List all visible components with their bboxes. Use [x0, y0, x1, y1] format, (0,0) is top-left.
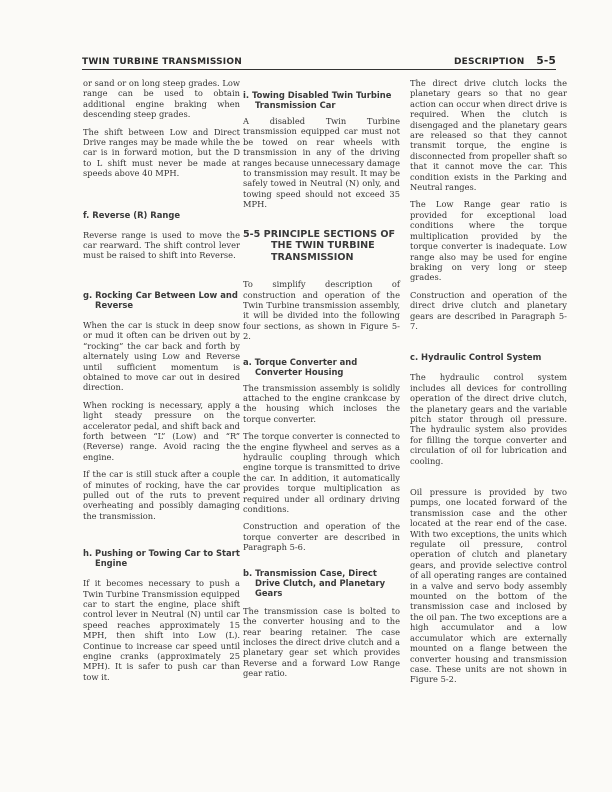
subsection-heading-f: f. Reverse (R) Range: [83, 210, 240, 220]
paragraph: or sand or on long steep grades. Low ran…: [83, 78, 240, 120]
paragraph: If it becomes necessary to push a Twin T…: [83, 578, 240, 682]
subsection-heading-b: b. Transmission Case, Direct Drive Clutc…: [243, 568, 400, 598]
subsection-heading-a: a. Torque Converter and Converter Housin…: [243, 357, 400, 377]
section-label: DESCRIPTION5-5: [454, 55, 556, 67]
paragraph: To simplify description of construction …: [243, 279, 400, 341]
subsection-heading-c: c. Hydraulic Control System: [410, 352, 567, 362]
paragraph: The hydraulic control system includes al…: [410, 372, 567, 466]
section-title: DESCRIPTION: [454, 57, 524, 67]
column-3: The direct drive clutch locks the planet…: [410, 78, 567, 692]
column-1: or sand or on long steep grades. Low ran…: [83, 78, 240, 689]
section-heading-5-5: 5-5 PRINCIPLE SECTIONS OF THE TWIN TURBI…: [243, 229, 400, 264]
running-title: TWIN TURBINE TRANSMISSION: [82, 57, 242, 67]
paragraph: The Low Range gear ratio is provided for…: [410, 199, 567, 282]
page-number: 5-5: [536, 55, 556, 67]
subsection-heading-g: g. Rocking Car Between Low and Reverse: [83, 290, 240, 310]
paragraph: Oil pressure is provided by two pumps, o…: [410, 487, 567, 685]
paragraph: If the car is still stuck after a couple…: [83, 469, 240, 521]
paragraph: A disabled Twin Turbine transmission equ…: [243, 116, 400, 210]
paragraph: Reverse range is used to move the car re…: [83, 230, 240, 261]
paragraph: When rocking is necessary, apply a light…: [83, 400, 240, 462]
page-header: TWIN TURBINE TRANSMISSION DESCRIPTION5-5: [82, 57, 556, 70]
paragraph: Construction and operation of the direct…: [410, 290, 567, 332]
paragraph: The transmission case is bolted to the c…: [243, 606, 400, 679]
column-2: i. Towing Disabled Twin Turbine Transmis…: [243, 78, 400, 686]
paragraph: The torque converter is connected to the…: [243, 431, 400, 514]
paragraph: The shift between Low and Direct Drive r…: [83, 127, 240, 179]
paragraph: The transmission assembly is solidly att…: [243, 383, 400, 425]
subsection-heading-i: i. Towing Disabled Twin Turbine Transmis…: [243, 90, 400, 110]
paragraph: Construction and operation of the torque…: [243, 521, 400, 552]
paragraph: The direct drive clutch locks the planet…: [410, 78, 567, 192]
subsection-heading-h: h. Pushing or Towing Car to Start Engine: [83, 548, 240, 568]
paragraph: When the car is stuck in deep snow or mu…: [83, 320, 240, 393]
